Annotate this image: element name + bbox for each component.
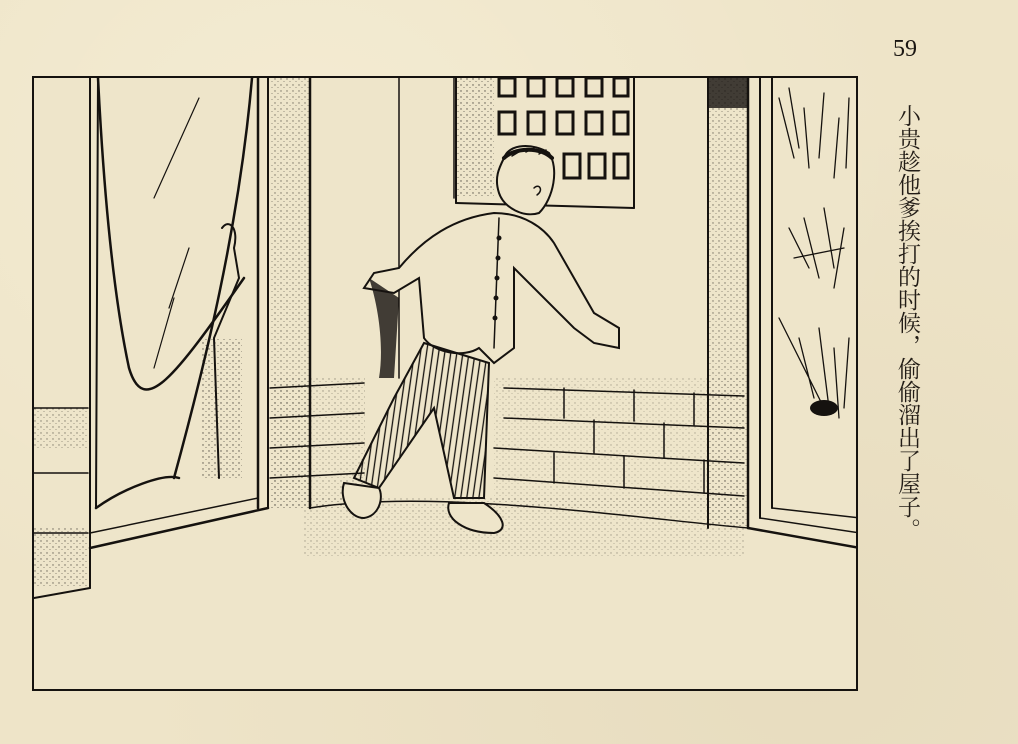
hidden-figure bbox=[202, 224, 242, 478]
floor bbox=[34, 498, 748, 598]
right-doorway bbox=[748, 78, 858, 548]
left-wall bbox=[34, 78, 90, 588]
illustration-panel bbox=[32, 76, 858, 691]
illustration bbox=[34, 78, 858, 691]
grass bbox=[779, 88, 849, 418]
caption-text: 小贵趁他爹挨打的时候，偷偷溜出了屋子。 bbox=[892, 104, 922, 541]
comic-page: 59 小贵趁他爹挨打的时候，偷偷溜出了屋子。 bbox=[0, 0, 1018, 744]
page-number: 59 bbox=[893, 36, 917, 63]
right-pillar bbox=[708, 78, 748, 528]
